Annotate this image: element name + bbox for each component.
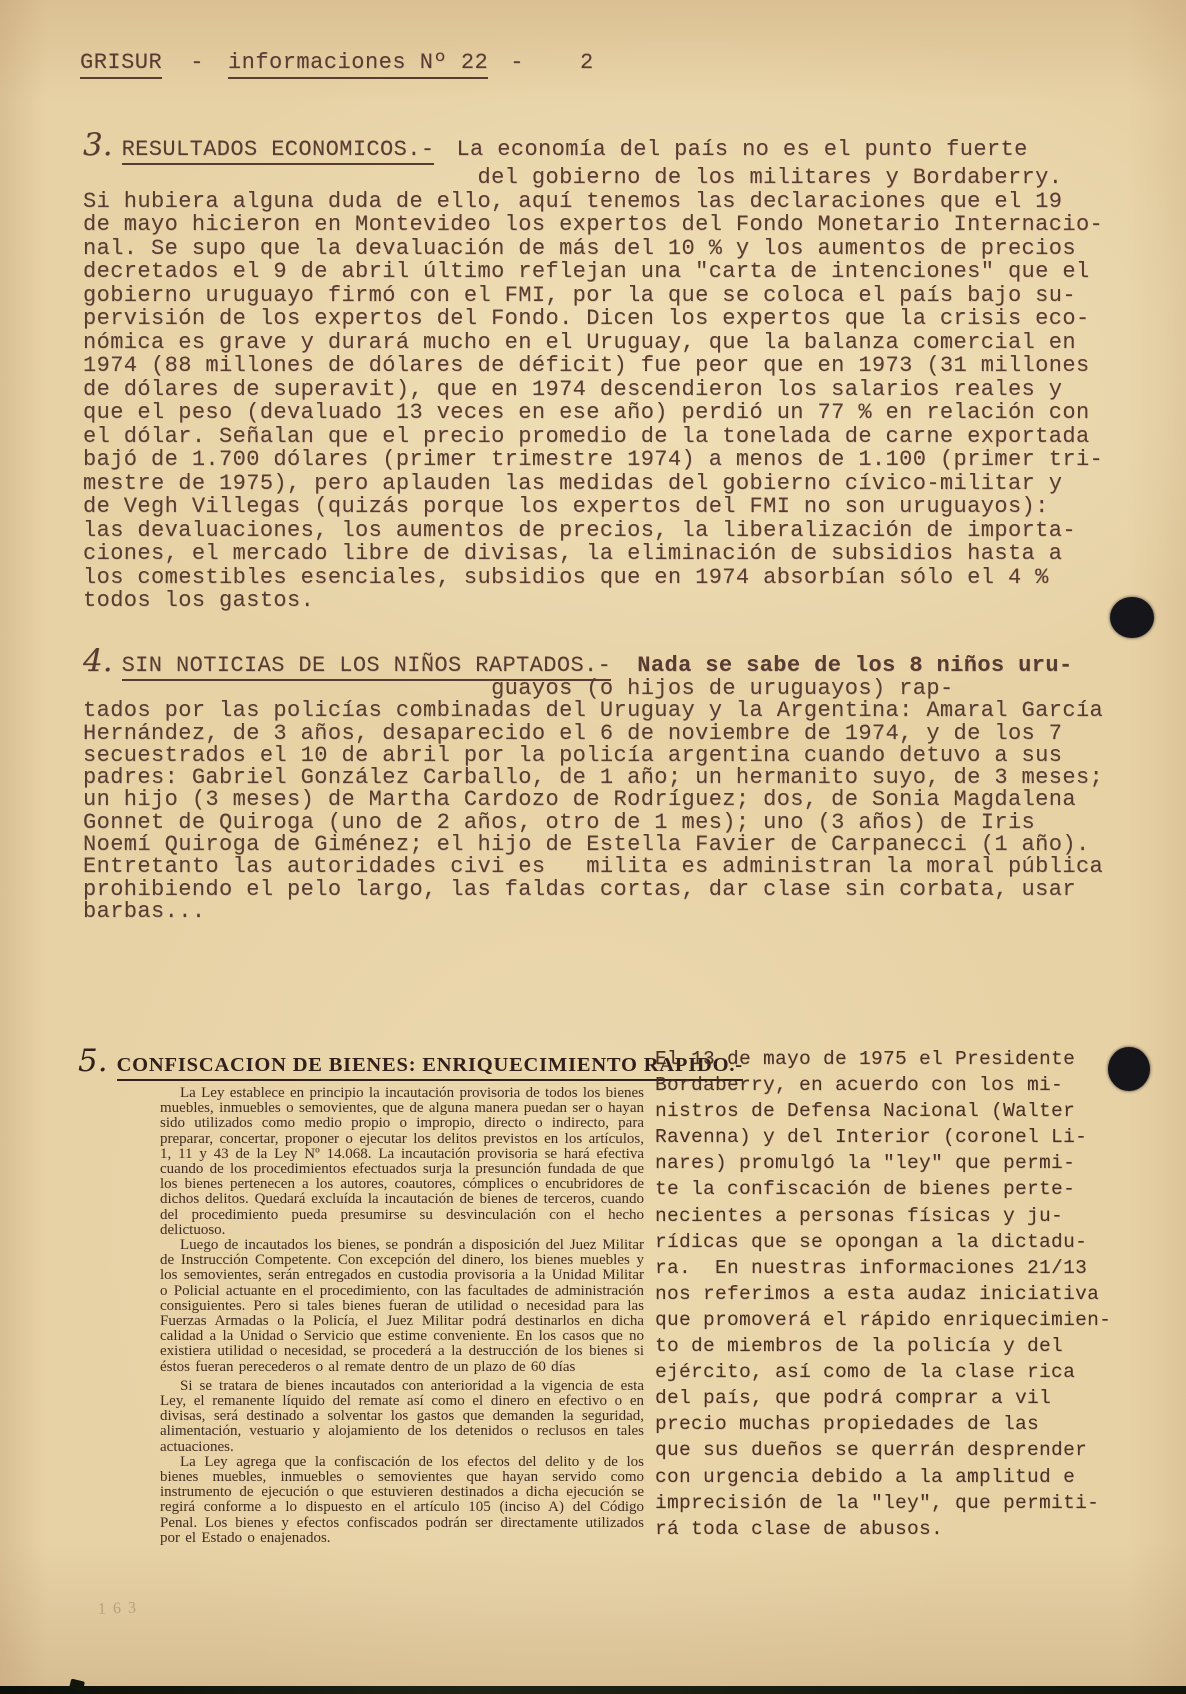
section-3-number: 3. <box>83 130 113 161</box>
publication-name: GRISUR <box>80 50 162 79</box>
section-4-body: guayos (o hijos de uruguayos) rap- tados… <box>83 678 1153 923</box>
section-5-heading: 5. CONFISCACION DE BIENES: ENRIQUECIMIEN… <box>78 1046 743 1081</box>
pencil-mark: 163 <box>98 1599 144 1619</box>
clipping-paragraph: Luego de incautados los bienes, se pondr… <box>160 1238 644 1375</box>
section-4-lead-rest: 8 niños uru- <box>896 653 1073 678</box>
section-3-heading: 3. RESULTADOS ECONOMICOS.- La economía d… <box>83 130 1028 165</box>
header-dash: - <box>190 50 204 75</box>
clipping-paragraph: La Ley agrega que la confiscación de los… <box>160 1455 644 1546</box>
section-5-right-column: El 13 de mayo de 1975 el Presidente Bord… <box>655 1046 1125 1542</box>
section-4-lead-strong: Nada se sabe de los <box>637 653 895 678</box>
scanned-document-page: GRISUR-informaciones Nº 22-2 3. RESULTAD… <box>0 0 1186 1694</box>
section-3-body: del gobierno de los militares y Bordaber… <box>83 166 1153 613</box>
section-5-number: 5. <box>78 1046 108 1077</box>
newspaper-clipping-column: La Ley establece en principio la incauta… <box>160 1086 644 1546</box>
header-dash: - <box>510 50 524 75</box>
section-5-title: CONFISCACION DE BIENES: ENRIQUECIMIENTO … <box>117 1054 743 1081</box>
issue-title: informaciones Nº 22 <box>228 50 488 79</box>
section-3-lead: La economía del país no es el punto fuer… <box>456 137 1027 162</box>
page-number: 2 <box>580 50 594 75</box>
page-header: GRISUR-informaciones Nº 22-2 <box>80 50 594 75</box>
section-4-number: 4. <box>83 646 113 677</box>
section-4-lead: Nada se sabe de los 8 niños uru- <box>637 653 1072 678</box>
clipping-paragraph: La Ley establece en principio la incauta… <box>160 1086 644 1238</box>
ink-blot <box>1108 1047 1150 1091</box>
section-3-title: RESULTADOS ECONOMICOS.- <box>122 137 435 165</box>
scan-bottom-edge <box>0 1686 1186 1694</box>
clipping-paragraph: Si se tratara de bienes incautados con a… <box>160 1379 644 1455</box>
ink-blot <box>1110 597 1154 638</box>
